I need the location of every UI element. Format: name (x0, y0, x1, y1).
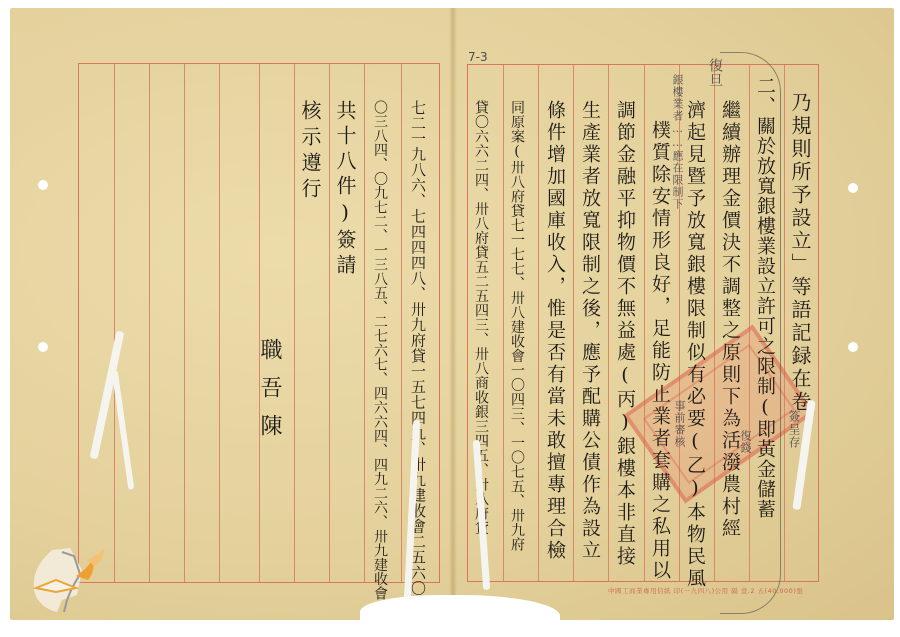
page-number: 7-3 (468, 50, 488, 64)
left-column-3: 共十八件)簽請 (335, 100, 355, 279)
right-column-3: 繼續辦理金價決不調整之原則下為活潑農村經 (720, 100, 739, 540)
margin-note: 銀樓業者……應在限制下 (672, 74, 683, 210)
punch-hole (848, 183, 858, 193)
punch-hole (38, 342, 48, 352)
margin-note: 復錢 (740, 430, 751, 454)
right-column-2: 二、關於放寬銀樓業設立許可之限制(即黃金儲蓄 (755, 76, 774, 519)
right-column-1: 乃規則所予設立」等語記録在卷 (790, 92, 810, 414)
margin-note: 復旦 (708, 58, 722, 88)
right-column-9: 同原案(卅八府貸七一七七、卅八建收會一〇四三、一〇七五、卅九府 (510, 100, 524, 552)
left-column-4: 核示遵行 (300, 100, 320, 204)
margin-note: 簽呈存 (788, 410, 800, 449)
right-column-4: 濟起見暨予放寬銀樓限制似有必要(乙)本物民風 (685, 100, 704, 590)
right-column-7: 生產業者放寬限制之後，應予配購公債作為設立 (580, 100, 599, 562)
paper-tear (360, 595, 560, 637)
page-fold (449, 8, 457, 620)
punch-hole (848, 342, 858, 352)
taiwan-archive-book-logo-icon (22, 540, 112, 620)
punch-hole (38, 180, 48, 190)
printed-footer: 中國工商業專用信紙 印(一九四八)公用 隔 壹.2 五(40,000)張 (608, 586, 803, 595)
right-column-8: 條件增加國庫收入，惟是否有當未敢擅專理合檢 (545, 100, 564, 562)
signature: 職吾陳 (258, 338, 280, 452)
left-column-2: 〇三八四、〇九七二、一三八五、二七六七、四六六四、四九二六、卅九建收會二五 (373, 100, 387, 629)
margin-note: 事前審核 (674, 400, 685, 448)
right-column-5: 樸質除安情形良好，足能防止業者套購之私用以 (650, 120, 669, 582)
right-column-6: 調節金融平抑物價不無益處(丙)銀樓本非直接 (615, 100, 634, 568)
